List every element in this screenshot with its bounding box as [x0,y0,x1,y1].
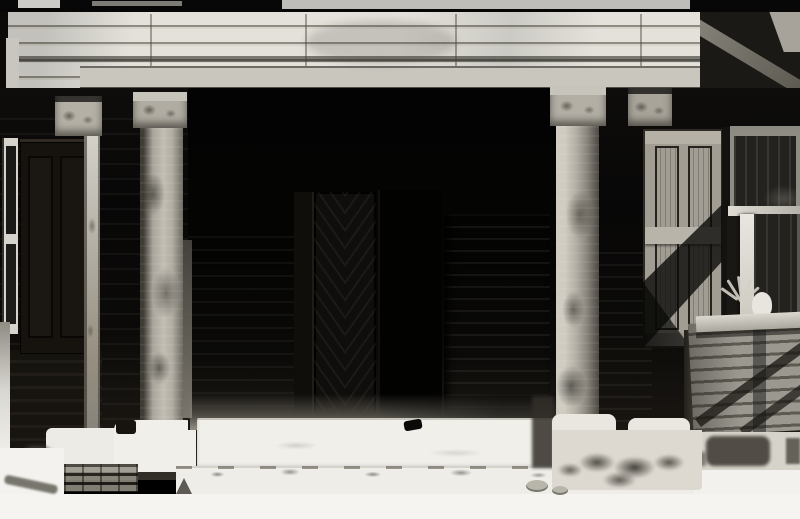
left-column [140,128,183,428]
left-window-edge [2,138,18,334]
porch-corner-light [183,240,192,418]
capital-abacus [133,92,187,101]
base-mottling [552,440,702,490]
right-pilaster-capital [628,88,672,126]
border-smudge [92,1,182,6]
board-joint [150,14,152,66]
sunlit-ground [0,494,800,519]
shutter-panel [28,156,53,338]
column-foot-shadow [116,420,136,434]
lintel-shadow-corner [700,12,800,90]
foundation-stain [706,436,770,466]
right-column-capital [550,86,606,126]
window-pane [6,244,16,324]
shutter-top-rail [645,131,721,144]
board-joint [640,14,642,66]
foundation-stain [786,438,800,464]
left-pilaster [84,136,100,436]
pebble [526,480,548,492]
photograph [0,0,800,519]
brick-patch [64,464,138,492]
border-smudge [282,0,690,9]
clapboard-lintel [6,12,718,90]
left-column-capital [133,92,187,128]
capital-abacus [550,86,606,95]
right-column [556,126,599,422]
post-shadow [753,328,766,434]
base-shadow [532,396,554,468]
window-pane [6,146,16,234]
wood-stain [306,20,456,64]
porch-interior [188,88,558,430]
pebble [552,486,568,495]
border-smudge [18,0,60,8]
window-upper-sash [730,132,800,210]
shutter-panel [60,156,86,338]
pilaster-capital [55,96,102,136]
lintel-lit-edge [6,38,19,90]
lit-corner [764,12,800,52]
frieze-board [80,66,718,90]
